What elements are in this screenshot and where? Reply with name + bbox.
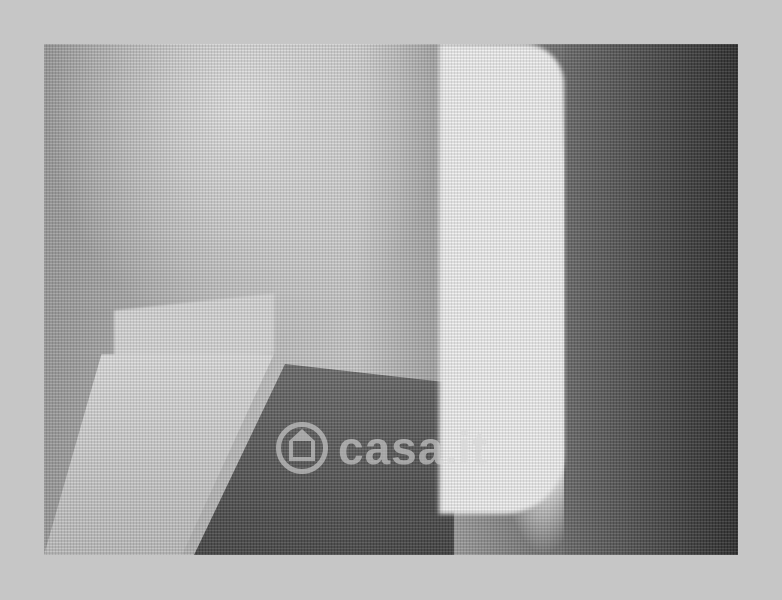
watermark-text: casa.it: [338, 421, 488, 475]
watermark: casa.it: [276, 421, 488, 475]
listing-photo: casa.it: [44, 44, 738, 555]
grain-overlay: [44, 44, 738, 555]
house-in-circle-icon: [276, 422, 328, 474]
